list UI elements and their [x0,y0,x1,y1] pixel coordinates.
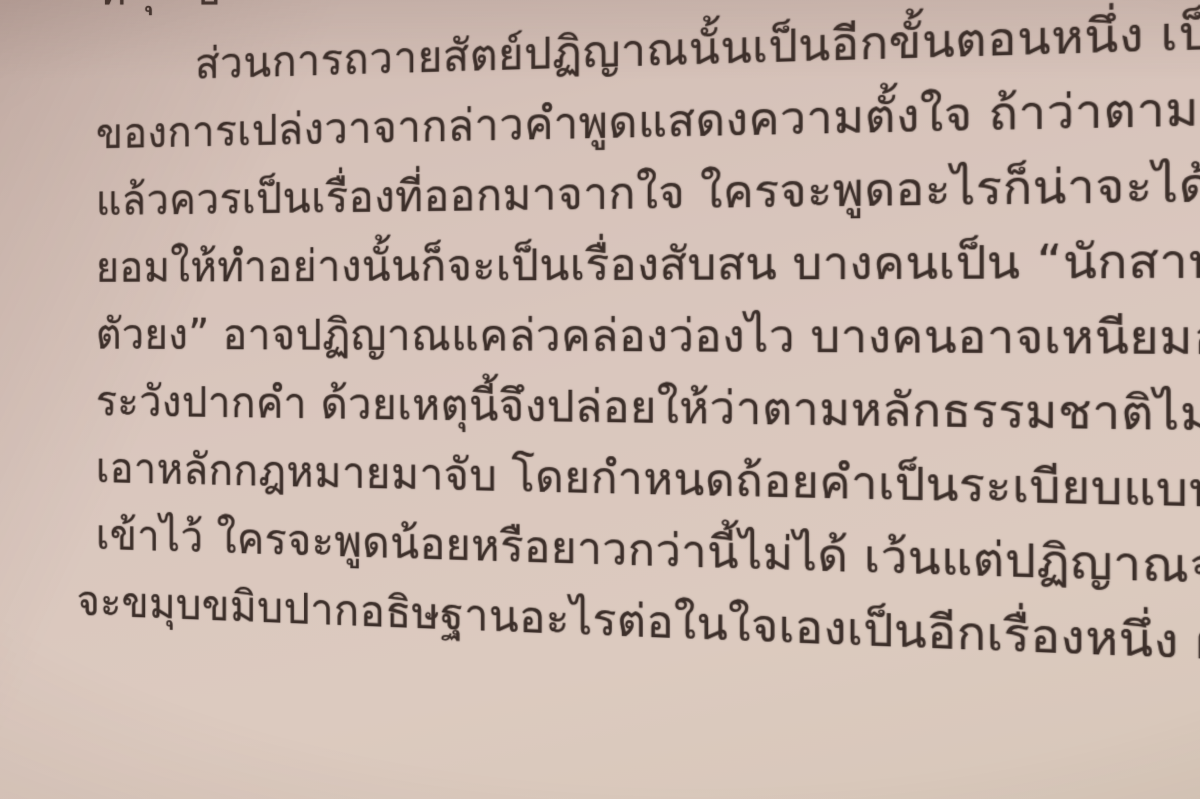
text-line-5: ตัวยง” อาจปฏิญาณแคล่วคล่องว่องไว บางคนอา… [96,299,1200,375]
cutoff-line-fragment: ฑ ุ ธ [92,0,236,14]
paragraph: ส่วนการถวายสัตย์ปฏิญาณนั้นเป็นอีกขั้นตอน… [96,0,1200,681]
book-page-photo: ฑ ุ ธ ส่วนการถวายสัตย์ปฏิญาณนั้นเป็นอีกข… [0,0,1200,799]
text-line-4: ยอมให้ทำอย่างนั้นก็จะเป็นเรื่องสับสน บาง… [96,223,1200,301]
